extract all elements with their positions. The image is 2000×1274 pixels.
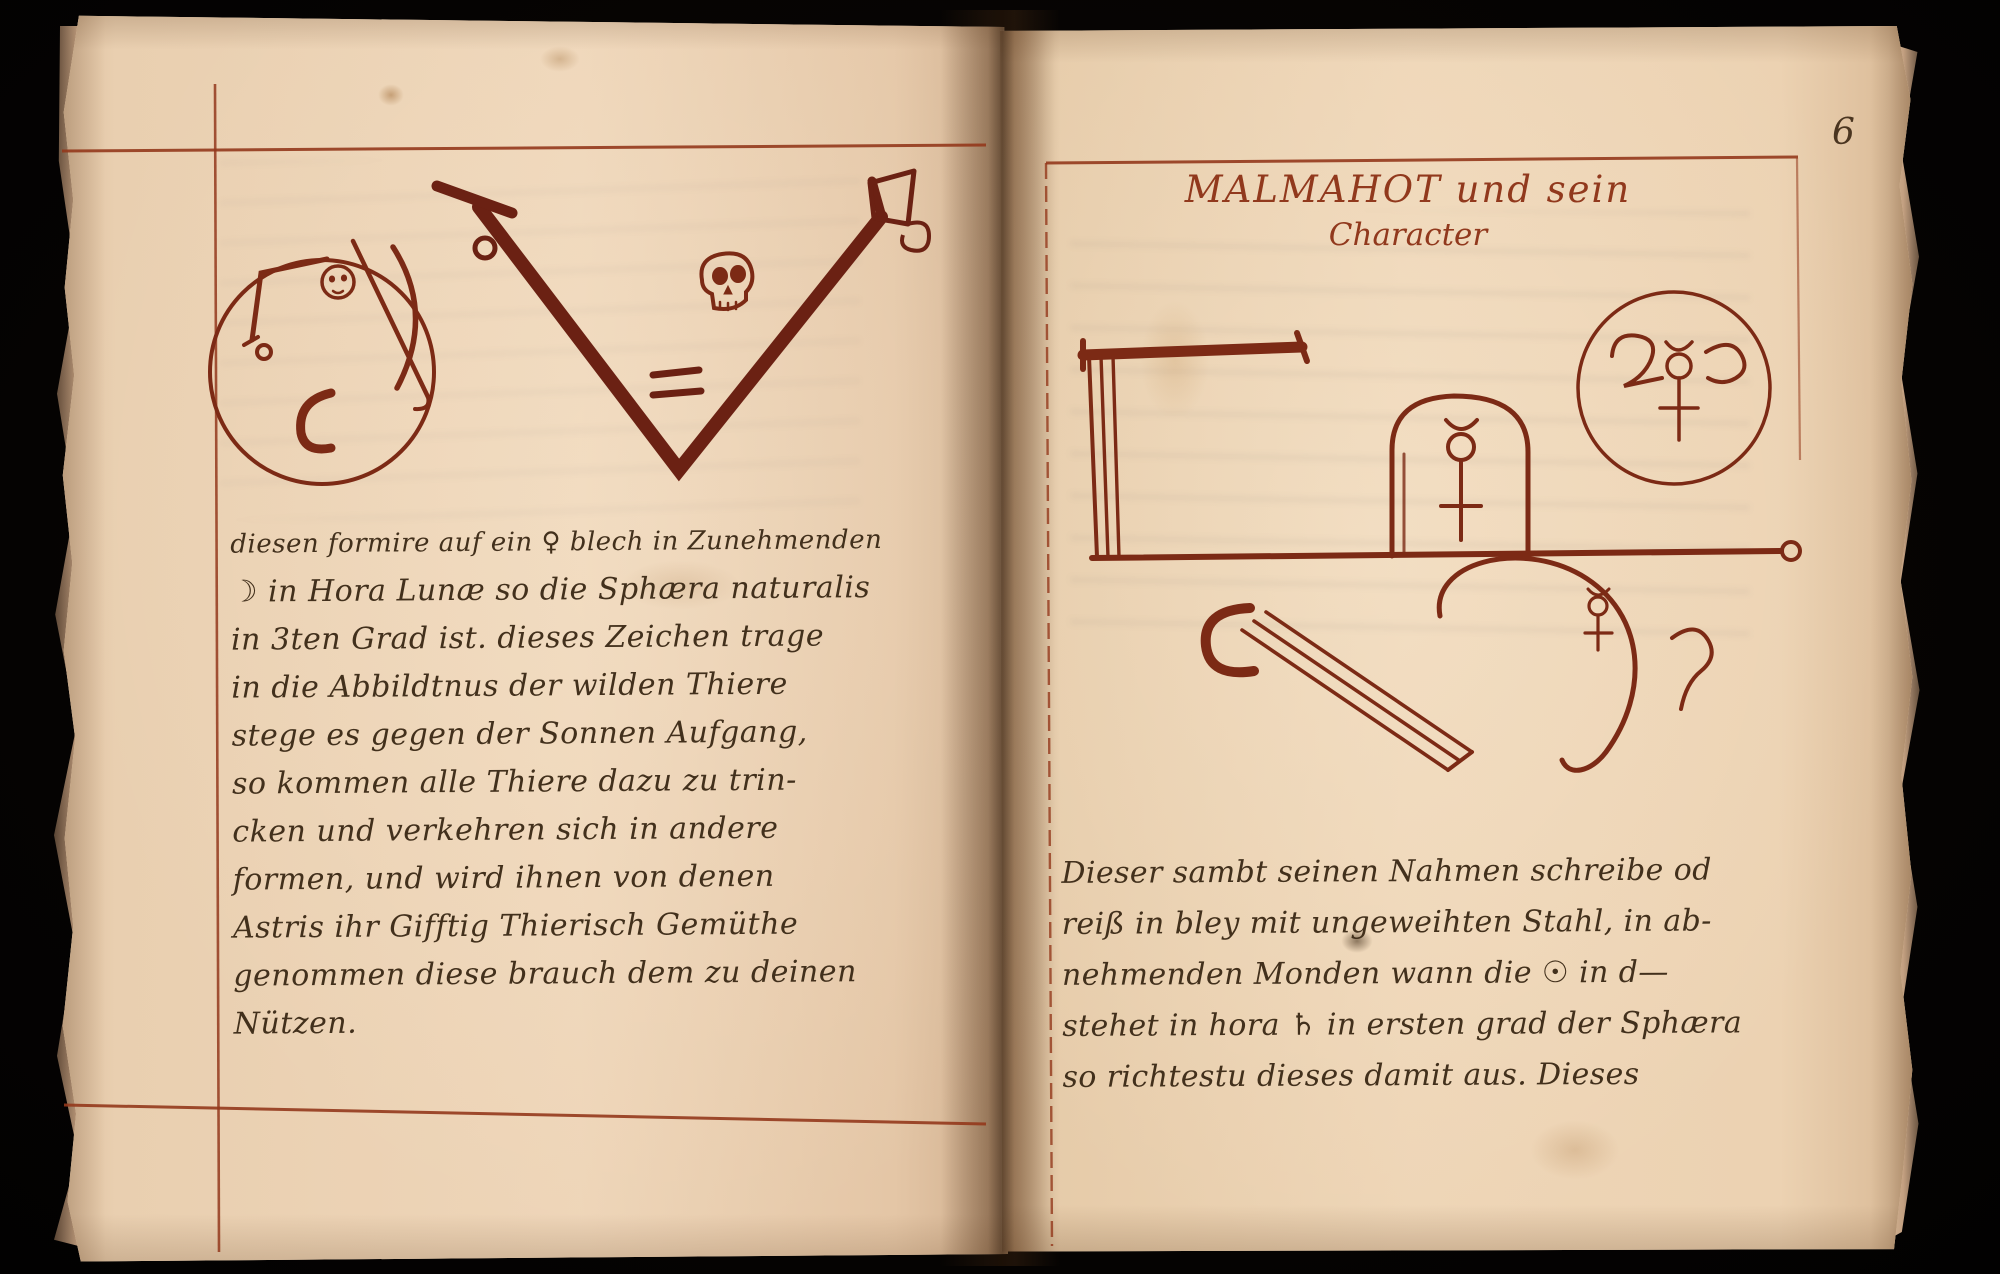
page-title: MALMAHOT und sein Character	[1148, 168, 1668, 253]
manuscript-line: diesen formire auf ein ♀ blech in Zunehm…	[230, 515, 976, 568]
title-line-2: Character	[1148, 217, 1668, 253]
manuscript-line: so richtestu dieses damit aus. Dieses	[1062, 1048, 1792, 1103]
manuscript-line: genommen diese brauch dem zu deinen	[233, 947, 979, 1000]
left-page-text-block: diesen formire auf ein ♀ blech in Zunehm…	[230, 515, 980, 1048]
manuscript-line: cken und verkehren sich in andere	[232, 803, 978, 856]
manuscript-line: nehmenden Monden wann die ☉ in d—	[1062, 946, 1792, 1001]
manuscript-line: Dieser sambt seinen Nahmen schreibe od	[1061, 844, 1791, 899]
manuscript-line: stehet in hora ♄ in ersten grad der Sphæ…	[1062, 997, 1792, 1052]
manuscript-line: reiß in bley mit ungeweihten Stahl, in a…	[1062, 895, 1792, 950]
manuscript-line: in die Abbildtnus der wilden Thiere	[231, 659, 977, 712]
right-page-text-block: Dieser sambt seinen Nahmen schreibe od r…	[1061, 844, 1792, 1103]
manuscript-line: ☽ in Hora Lunæ so die Sphæra naturalis	[231, 563, 977, 616]
manuscript-line: Nützen.	[234, 995, 980, 1048]
manuscript-line: so kommen alle Thiere dazu zu trin-	[232, 755, 978, 808]
manuscript-line: formen, und wird ihnen von denen	[233, 851, 979, 904]
title-line-1: MALMAHOT und sein	[1148, 168, 1668, 211]
manuscript-line: stege es gegen der Sonnen Aufgang,	[232, 707, 978, 760]
folio-number: 6	[1832, 112, 1855, 153]
manuscript-line: Astris ihr Gifftig Thierisch Gemüthe	[233, 899, 979, 952]
manuscript-photo: MALMAHOT und sein Character 6 diesen for…	[0, 0, 2000, 1274]
manuscript-line: in 3ten Grad ist. dieses Zeichen trage	[231, 611, 977, 664]
